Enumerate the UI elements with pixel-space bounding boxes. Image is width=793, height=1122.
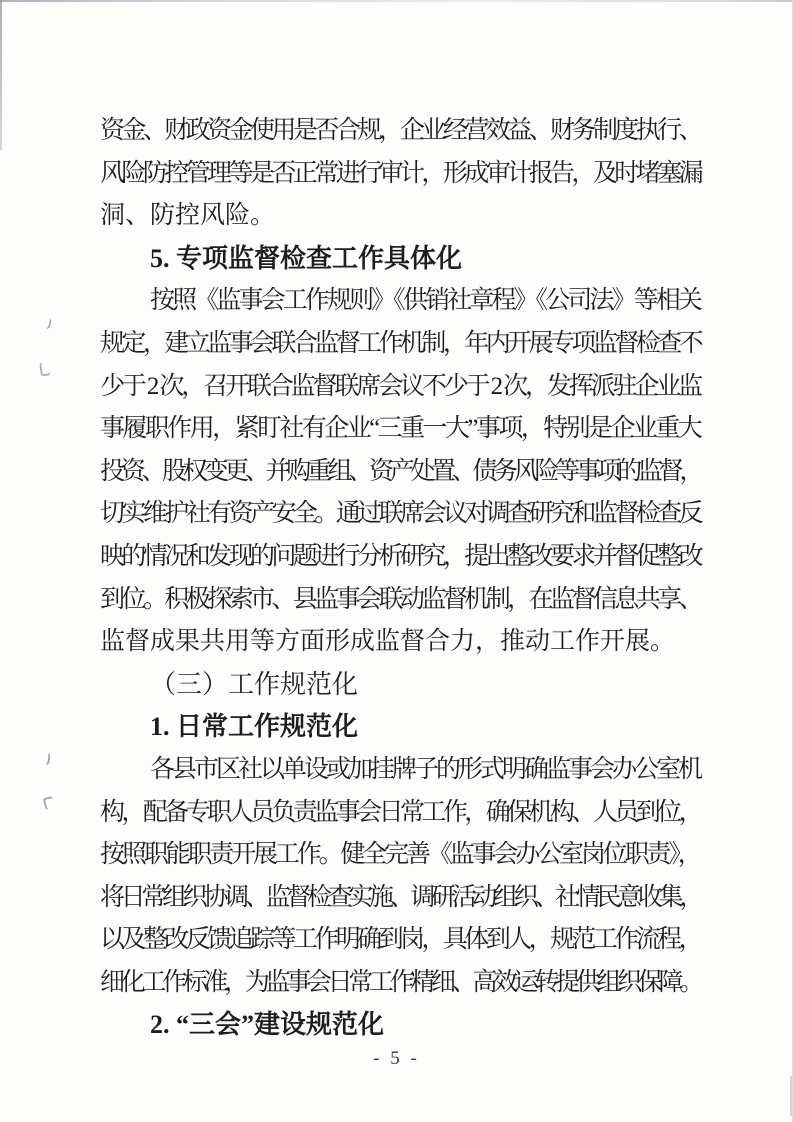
text-line-content: （三）工作规范化 <box>150 664 358 707</box>
text-line-content: 细化工作标准，为监事会日常工作精细、高效运转提供组织保障。 <box>100 962 700 1005</box>
text-line-content: 5. 专项监督检查工作具体化 <box>150 238 462 281</box>
text-line-content: 1. 日常工作规范化 <box>150 706 358 749</box>
text-line-content: 规定，建立监事会联合监督工作机制，年内开展专项监督检查不 <box>100 323 700 366</box>
text-line-content: 按照《监事会工作规则》《供销社章程》《公司法》等相关 <box>150 280 700 323</box>
text-line-content: 切实维护社有资产安全。通过联席会议对调查研究和监督检查反 <box>100 493 700 536</box>
text-line: 按照《监事会工作规则》《供销社章程》《公司法》等相关 <box>100 280 700 323</box>
text-line: 洞、防控风险。 <box>100 195 700 238</box>
text-line: 以及整改反馈追踪等工作明确到岗，具体到人，规范工作流程， <box>100 919 700 962</box>
text-line: 切实维护社有资产安全。通过联席会议对调查研究和监督检查反 <box>100 493 700 536</box>
text-line: 将日常组织协调、监督检查实施、调研活动组织、社情民意收集， <box>100 877 700 920</box>
scan-edge-bottom-right <box>790 1076 792 1116</box>
text-line: （三）工作规范化 <box>100 664 700 707</box>
text-line: 少于 2 次，召开联合监督联席会议不少于 2 次，发挥派驻企业监 <box>100 366 700 409</box>
scanned-document-page: 资金、财政资金使用是否合规，企业经营效益、财务制度执行、风险防控管理等是否正常进… <box>0 0 793 1122</box>
text-line: 按照职能职责开展工作。健全完善《监事会办公室岗位职责》， <box>100 834 700 877</box>
text-line: 2. “三会”建设规范化 <box>100 1004 700 1047</box>
text-line-content: 以及整改反馈追踪等工作明确到岗，具体到人，规范工作流程， <box>100 919 700 962</box>
text-line: 监督成果共用等方面形成监督合力，推动工作开展。 <box>100 621 700 664</box>
text-line-content: 2. “三会”建设规范化 <box>150 1004 384 1047</box>
text-line: 1. 日常工作规范化 <box>100 706 700 749</box>
text-line-content: 洞、防控风险。 <box>100 195 275 238</box>
scan-edge-top <box>0 0 793 2</box>
page-number: - 5 - <box>0 1048 793 1070</box>
text-line: 投资、股权变更、并购重组、资产处置、债务风险等事项的监督， <box>100 451 700 494</box>
text-line-content: 监督成果共用等方面形成监督合力，推动工作开展。 <box>100 621 675 664</box>
text-line-content: 风险防控管理等是否正常进行审计，形成审计报告，及时堵塞漏 <box>100 153 700 196</box>
text-line: 风险防控管理等是否正常进行审计，形成审计报告，及时堵塞漏 <box>100 153 700 196</box>
text-line: 细化工作标准，为监事会日常工作精细、高效运转提供组织保障。 <box>100 962 700 1005</box>
scan-artifact <box>41 752 51 765</box>
text-line: 映的情况和发现的问题进行分析研究，提出整改要求并督促整改 <box>100 536 700 579</box>
text-line: 到位。积极探索市、县监事会联动监督机制，在监督信息共享、 <box>100 579 700 622</box>
text-area: 资金、财政资金使用是否合规，企业经营效益、财务制度执行、风险防控管理等是否正常进… <box>100 110 700 1047</box>
text-line-content: 将日常组织协调、监督检查实施、调研活动组织、社情民意收集， <box>100 877 700 920</box>
text-line-content: 事履职作用，紧盯社有企业“三重一大”事项，特别是企业重大 <box>100 408 700 451</box>
text-line: 规定，建立监事会联合监督工作机制，年内开展专项监督检查不 <box>100 323 700 366</box>
text-line: 构，配备专职人员负责监事会日常工作，确保机构、人员到位， <box>100 792 700 835</box>
scan-artifact <box>39 361 51 376</box>
text-line-content: 投资、股权变更、并购重组、资产处置、债务风险等事项的监督， <box>100 451 700 494</box>
scan-artifact <box>42 317 52 330</box>
text-line-content: 资金、财政资金使用是否合规，企业经营效益、财务制度执行、 <box>100 110 700 153</box>
text-line: 5. 专项监督检查工作具体化 <box>100 238 700 281</box>
text-line-content: 按照职能职责开展工作。健全完善《监事会办公室岗位职责》， <box>100 834 700 877</box>
text-line-content: 少于 2 次，召开联合监督联席会议不少于 2 次，发挥派驻企业监 <box>100 366 700 409</box>
text-line: 资金、财政资金使用是否合规，企业经营效益、财务制度执行、 <box>100 110 700 153</box>
text-line-content: 到位。积极探索市、县监事会联动监督机制，在监督信息共享、 <box>100 579 700 622</box>
text-line-content: 映的情况和发现的问题进行分析研究，提出整改要求并督促整改 <box>100 536 700 579</box>
text-line: 事履职作用，紧盯社有企业“三重一大”事项，特别是企业重大 <box>100 408 700 451</box>
scan-artifact <box>43 796 56 810</box>
text-line: 各县市区社以单设或加挂牌子的形式明确监事会办公室机 <box>100 749 700 792</box>
text-line-content: 构，配备专职人员负责监事会日常工作，确保机构、人员到位， <box>100 792 700 835</box>
scan-edge-left <box>0 0 2 150</box>
text-line-content: 各县市区社以单设或加挂牌子的形式明确监事会办公室机 <box>150 749 700 792</box>
